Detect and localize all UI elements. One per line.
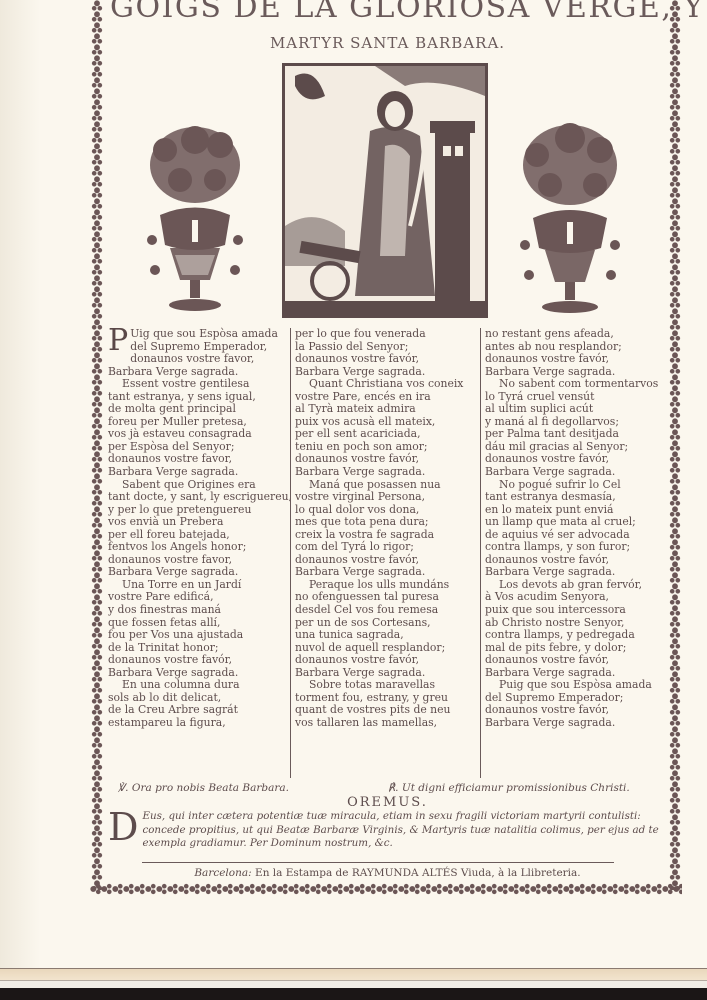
prayer-body: Eus, qui inter cætera potentiæ tuæ mirac… bbox=[142, 810, 658, 849]
verse-line: vos envià un Prebera bbox=[108, 516, 288, 529]
verse-line: En una columna dura bbox=[108, 679, 288, 692]
verse-line: puix que sou intercessora bbox=[485, 604, 665, 617]
verse-line: Barbara Verge sagrada. bbox=[485, 466, 665, 479]
verse-line: fentvos los Angels honor; bbox=[108, 541, 288, 554]
verse-column-1: P Uig que sou Espòsa amada del Supremo E… bbox=[108, 328, 288, 730]
verse-line: al Tyrà mateix admira bbox=[295, 403, 483, 416]
page-gutter-shadow bbox=[0, 0, 40, 990]
page-title: GOIGS DE LA GLORIOSA VERGE, Y bbox=[110, 0, 665, 25]
prayer-drop-cap: D bbox=[108, 810, 138, 844]
verse-line: com del Tyrá lo rigor; bbox=[295, 541, 483, 554]
flower-vase-woodcut-right bbox=[515, 120, 625, 325]
response: ℟. Ut digni efficiamur promissionibus Ch… bbox=[388, 782, 630, 794]
verse-line: vostre virginal Persona, bbox=[295, 491, 483, 504]
verse-line: una tunica sagrada, bbox=[295, 629, 483, 642]
verse-line: contra llamps, y son furor; bbox=[485, 541, 665, 554]
verse-line: un llamp que mata al cruel; bbox=[485, 516, 665, 529]
verse-line: Puig que sou Espòsa amada bbox=[485, 679, 665, 692]
verse-line: donaunos vostre favór, bbox=[485, 654, 665, 667]
verse-line: contra llamps, y pedregada bbox=[485, 629, 665, 642]
verse-line: Essent vostre gentilesa bbox=[108, 378, 288, 391]
verse-line: tant estranya desmasía, bbox=[485, 491, 665, 504]
verse-line: no restant gens afeada, bbox=[485, 328, 665, 341]
verse-line: mes que tota pena dura; bbox=[295, 516, 483, 529]
imprint-text: En la Estampa de RAYMUNDA ALTÉS Viuda, à… bbox=[252, 867, 581, 879]
verse-line: Barbara Verge sagrada. bbox=[108, 466, 288, 479]
verse-line: tant docte, y sant, ly escriguereu, bbox=[108, 491, 288, 504]
verse-line: y dos finestras maná bbox=[108, 604, 288, 617]
flower-vase-woodcut-left bbox=[140, 120, 250, 325]
verse-line: per lo que fou venerada bbox=[295, 328, 483, 341]
versicle-line: ℣. Ora pro nobis Beata Barbara. ℟. Ut di… bbox=[118, 782, 658, 794]
oremus-heading: OREMUS. bbox=[110, 795, 665, 810]
verse-line: fou per Vos una ajustada bbox=[108, 629, 288, 642]
drop-cap: P bbox=[108, 328, 128, 354]
prayer-text: D Eus, qui inter cætera potentiæ tuæ mir… bbox=[108, 810, 664, 851]
verse-line: estampareu la figura, bbox=[108, 717, 288, 730]
verse-line: vos tallaren las mamellas, bbox=[295, 717, 483, 730]
hymn-verses: P Uig que sou Espòsa amada del Supremo E… bbox=[108, 328, 663, 780]
divider-rule bbox=[142, 862, 614, 863]
verse-line: desdel Cel vos fou remesa bbox=[295, 604, 483, 617]
page-subtitle: MARTYR SANTA BARBARA. bbox=[110, 34, 665, 52]
verse-line: Sobre totas maravellas bbox=[295, 679, 483, 692]
verse-column-3: no restant gens afeada, antes ab nou res… bbox=[480, 328, 665, 778]
verse-line: donaunos vostre favór, bbox=[485, 353, 665, 366]
verse-line: Quant Christiana vos coneix bbox=[295, 378, 483, 391]
versicle: ℣. Ora pro nobis Beata Barbara. bbox=[118, 782, 289, 794]
verse-column-2: per lo que fou venerada la Passio del Se… bbox=[290, 328, 483, 778]
ornamental-border-bottom bbox=[90, 882, 682, 896]
verse-line: No sabent com tormentarvos bbox=[485, 378, 665, 391]
imprint-city: Barcelona: bbox=[194, 867, 251, 879]
verse-line: Uig que sou Espòsa amada bbox=[108, 328, 288, 341]
saint-barbara-woodcut bbox=[282, 63, 488, 318]
verse-line: al ultim suplici acút bbox=[485, 403, 665, 416]
verse-line: donaunos vostre favór, bbox=[108, 654, 288, 667]
verse-line: Barbara Verge sagrada. bbox=[295, 466, 483, 479]
printer-imprint: Barcelona: En la Estampa de RAYMUNDA ALT… bbox=[110, 867, 665, 879]
verse-line: Barbara Verge sagrada. bbox=[485, 717, 665, 730]
verse-line: donaunos vostre favór, bbox=[295, 353, 483, 366]
verse-line: donaunos vostre favor, bbox=[108, 353, 288, 366]
verse-line: de molta gent principal bbox=[108, 403, 288, 416]
ornamental-border-right bbox=[668, 0, 682, 890]
dark-background bbox=[0, 988, 707, 1000]
verse-line: donaunos vostre favór, bbox=[295, 654, 483, 667]
ornamental-border-left bbox=[90, 0, 104, 890]
